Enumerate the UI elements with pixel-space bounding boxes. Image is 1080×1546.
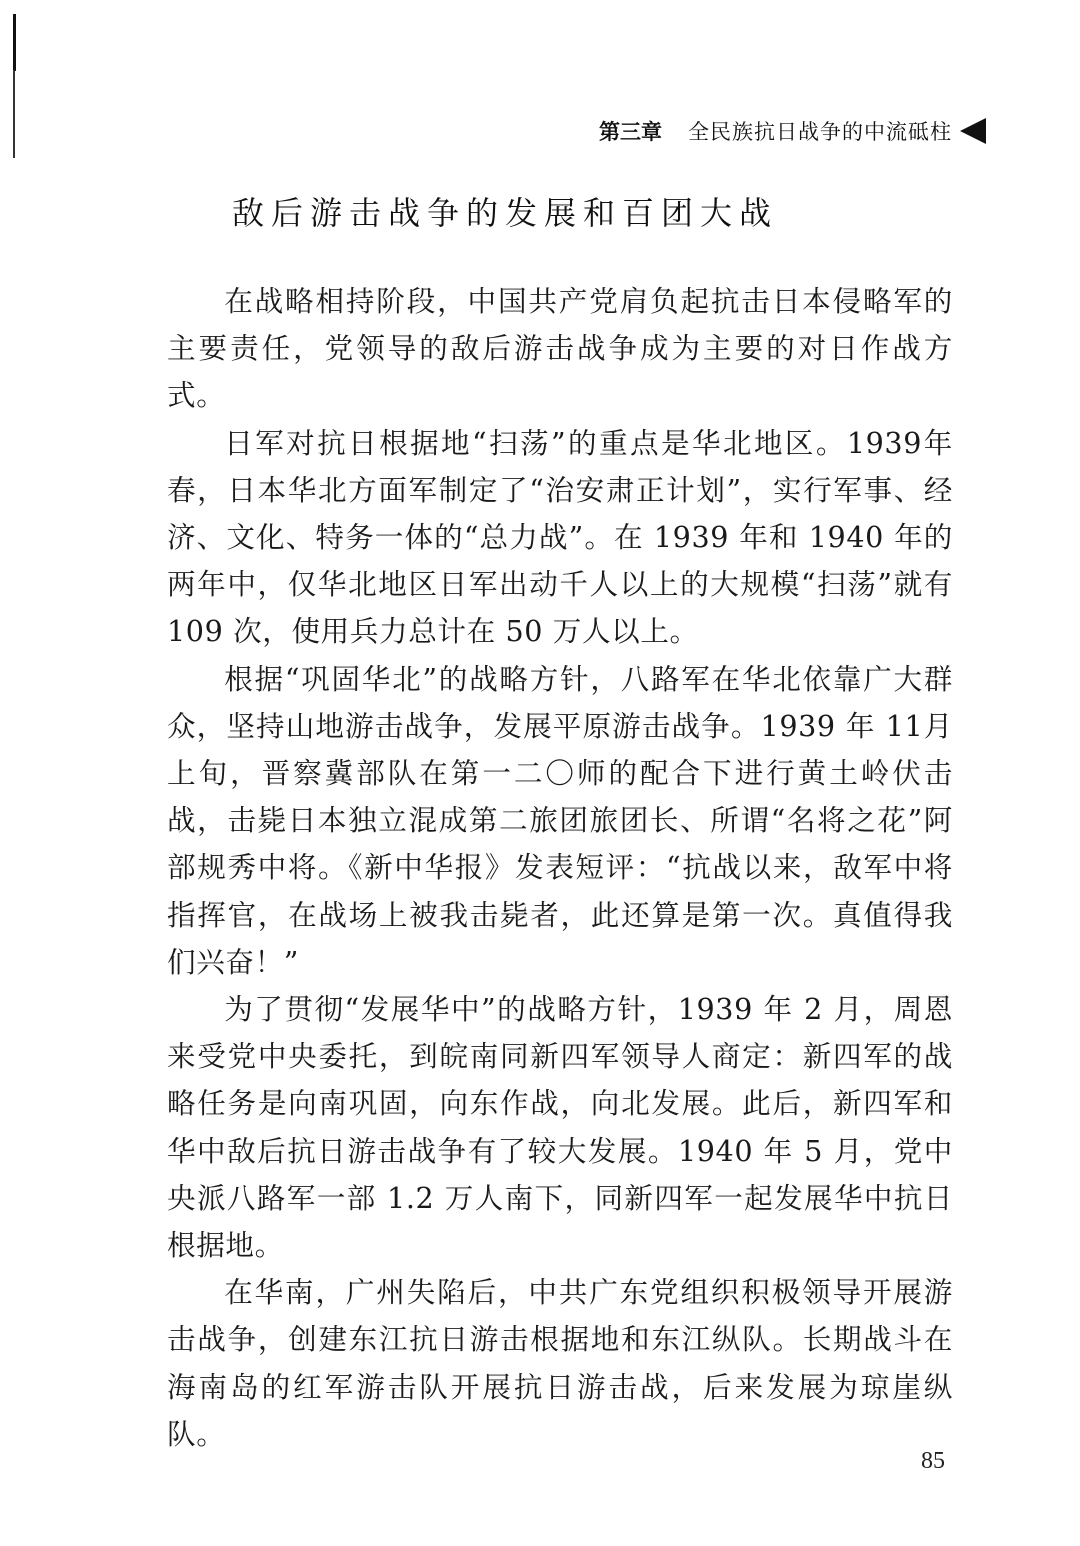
body-text: 在战略相持阶段，中国共产党肩负起抗击日本侵略军的主要责任，党领导的敌后游击战争成… [167, 278, 953, 1458]
chapter-title: 全民族抗日战争的中流砥柱 [688, 116, 952, 146]
paragraph: 在华南，广州失陷后，中共广东党组织积极领导开展游击战争，创建东江抗日游击根据地和… [167, 1269, 953, 1458]
paragraph: 根据“巩固华北”的战略方针，八路军在华北依靠广大群众，坚持山地游击战争，发展平原… [167, 656, 953, 986]
section-title: 敌后游击战争的发展和百团大战 [232, 188, 778, 234]
binding-edge-line [13, 14, 16, 71]
binding-edge-line-thin [13, 70, 15, 158]
chapter-number: 第三章 [599, 116, 662, 146]
paragraph: 日军对抗日根据地“扫荡”的重点是华北地区。1939年春，日本华北方面军制定了“治… [167, 420, 953, 656]
page-number: 85 [921, 1448, 945, 1475]
paragraph: 在战略相持阶段，中国共产党肩负起抗击日本侵略军的主要责任，党领导的敌后游击战争成… [167, 278, 953, 420]
paragraph: 为了贯彻“发展华中”的战略方针，1939 年 2 月，周恩来受党中央委托，到皖南… [167, 986, 953, 1269]
running-header: 第三章 全民族抗日战争的中流砥柱 [599, 116, 986, 146]
left-triangle-icon [960, 118, 986, 144]
